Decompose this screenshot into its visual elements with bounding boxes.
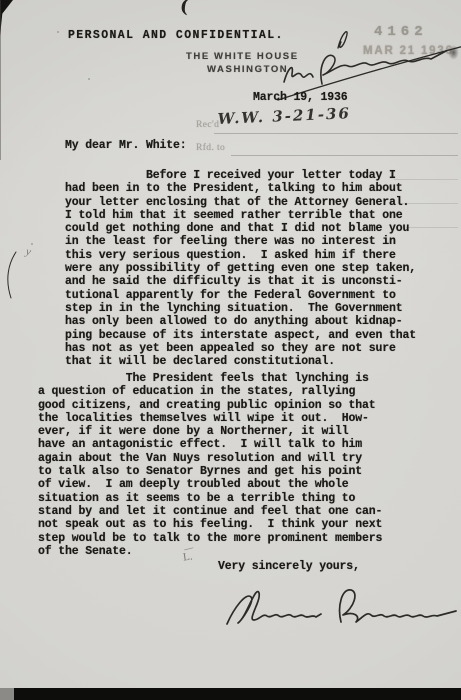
scan-corner-artifact: [0, 0, 13, 36]
scan-edge-line: [0, 0, 1, 160]
scan-bottom-edge: [14, 688, 461, 700]
received-label: Rec'd: [196, 120, 219, 130]
paper-speck: [31, 243, 33, 245]
paper-speck: [88, 78, 90, 80]
referred-label: Rfd. to: [196, 143, 225, 153]
margin-pencil-curve: [2, 250, 20, 302]
salutation: My dear Mr. White:: [65, 139, 187, 152]
closing-pencil-mark: L.: [182, 550, 193, 563]
letter-date: March 19, 1936: [253, 91, 348, 104]
margin-pencil-mark: y: [25, 246, 32, 259]
scan-bottom-edge-left: [0, 688, 14, 700]
received-rule: [214, 133, 458, 134]
body-paragraph-1: Before I received your letter today I ha…: [65, 169, 416, 368]
closing-line: Very sincerely yours,: [218, 560, 360, 573]
scanned-letter-page: ( PERSONAL AND CONFIDENTIAL. THE WHITE H…: [0, 0, 461, 700]
paper-speck: [307, 186, 309, 188]
received-handwriting: W.W. 3-21-36: [217, 104, 351, 128]
top-pen-mark: (: [179, 0, 190, 17]
eleanor-roosevelt-signature: [224, 582, 460, 636]
body-paragraph-2: The President feels that lynching is a q…: [38, 372, 382, 558]
classification-heading: PERSONAL AND CONFIDENTIAL.: [68, 29, 284, 42]
referred-rule: [231, 155, 458, 156]
paper-speck: [57, 31, 59, 33]
